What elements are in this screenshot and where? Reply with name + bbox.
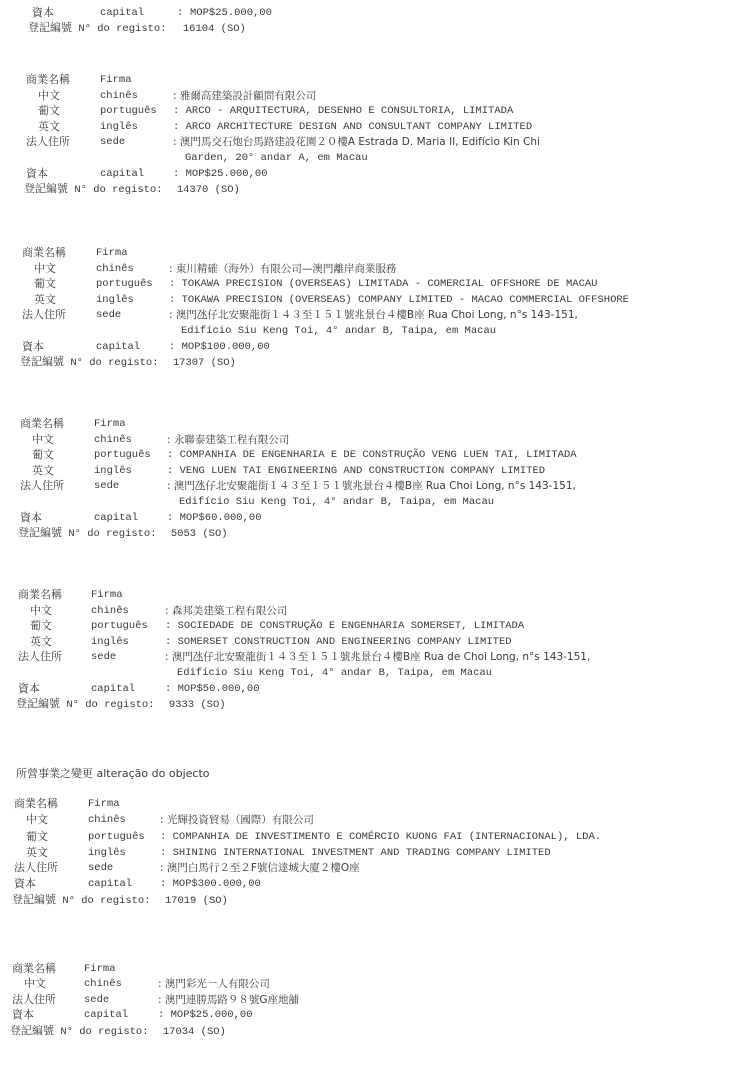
portugues-name-value: : TOKAWA PRECISION (OVERSEAS) LIMITADA -…: [169, 277, 597, 291]
portugues-label-pt: português: [94, 448, 151, 462]
portugues-name-value: : SOCIEDADE DE CONSTRUÇÃO E ENGENHARIA S…: [165, 619, 524, 633]
sede-value: : 澳門氹仔北安聚龍街１４３至１５１號兆景台４樓B座 Rua Choi Long…: [167, 479, 576, 493]
capital-label-pt: capital: [88, 877, 132, 891]
capital-label-zh: 資本: [18, 682, 40, 696]
sede-value: : 澳門氹仔北安聚龍街１４３至１５１號兆景台４樓B座 Rua de Choi L…: [165, 650, 590, 664]
chines-label-zh: 中文: [26, 813, 48, 827]
capital-label-pt: capital: [94, 511, 138, 525]
portugues-label-zh: 葡文: [38, 104, 60, 118]
registo-value: 17019 (SO): [165, 895, 228, 907]
registo-label-zh: 登記編號: [16, 697, 60, 710]
chines-name-value: : 森邦美建築工程有限公司: [165, 604, 287, 618]
capital-label-pt: capital: [96, 340, 140, 354]
firma-label-pt: Firma: [84, 962, 116, 976]
sede-label-pt: sede: [91, 650, 116, 664]
ingles-label-pt: inglês: [91, 635, 129, 649]
firma-label-zh: 商業名稱: [20, 417, 64, 431]
section-heading-text: 所營事業之變更 alteração do objecto: [16, 767, 210, 780]
capital-label-pt: capital: [100, 167, 144, 181]
firma-label-pt: Firma: [100, 73, 132, 87]
registo-row: 登記編號 N° do registo: 16104 (SO): [28, 21, 246, 36]
chines-name-value: : 光輝投資貿易（國際）有限公司: [160, 813, 314, 827]
chines-name-value: : 雅爾高建築設計顧問有限公司: [173, 89, 316, 103]
sede-label-zh: 法人住所: [12, 993, 56, 1007]
registo-value: 17034 (SO): [163, 1026, 226, 1038]
capital-value: : MOP$100.000,00: [169, 340, 270, 354]
portugues-label-zh: 葡文: [34, 277, 56, 291]
registo-label-pt: N° do registo:: [60, 1026, 148, 1038]
ingles-name-value: : TOKAWA PRECISION (OVERSEAS) COMPANY LI…: [169, 293, 629, 307]
ingles-label-pt: inglês: [88, 846, 126, 860]
registo-label-zh: 登記編號: [10, 1024, 54, 1037]
registo-row: 登記編號 N° do registo: 9333 (SO): [16, 697, 226, 712]
registo-value: 17307 (SO): [173, 357, 236, 369]
registo-label-pt: N° do registo:: [68, 528, 156, 540]
capital-label-zh: 資本: [26, 167, 48, 181]
chines-label-zh: 中文: [34, 262, 56, 276]
capital-value: : MOP$25.000,00: [173, 167, 268, 181]
registo-label-zh: 登記編號: [24, 182, 68, 195]
registo-value: 14370 (SO): [177, 184, 240, 196]
section-heading: 所營事業之變更 alteração do objecto: [16, 765, 210, 781]
capital-label-zh: 資本: [14, 877, 36, 891]
sede-value: : 澳門馬交石炮台馬路建設花園２０樓A Estrada D. Maria II,…: [173, 135, 540, 149]
ingles-label-zh: 英文: [32, 464, 54, 478]
chines-label-zh: 中文: [24, 977, 46, 991]
registo-label-pt: N° do registo:: [62, 895, 150, 907]
capital-value: : MOP$25.000,00: [158, 1008, 253, 1022]
capital-value: : MOP$60.000,00: [167, 511, 262, 525]
capital-value: : MOP$300.000,00: [160, 877, 261, 891]
ingles-name-value: : ARCO ARCHITECTURE DESIGN AND CONSULTAN…: [173, 120, 532, 134]
ingles-label-pt: inglês: [100, 120, 138, 134]
firma-label-zh: 商業名稱: [12, 962, 56, 976]
sede-label-pt: sede: [88, 861, 113, 875]
ingles-label-pt: inglês: [94, 464, 132, 478]
capital-label-zh: 資本: [20, 511, 42, 525]
registo-row: 登記編號 N° do registo: 14370 (SO): [24, 182, 240, 197]
firma-label-zh: 商業名稱: [22, 246, 66, 260]
capital-value: : MOP$50.000,00: [165, 682, 260, 696]
capital-value: MOP$25.000,00: [190, 6, 272, 20]
registo-row: 登記編號 N° do registo: 5053 (SO): [18, 526, 228, 541]
capital-label-zh: 資本: [12, 1008, 34, 1022]
capital-label-zh: 資本: [22, 340, 44, 354]
registo-value: 16104 (SO): [183, 23, 246, 35]
firma-label-zh: 商業名稱: [14, 797, 58, 811]
chines-label-pt: chinês: [94, 433, 132, 447]
capital-label-pt: capital: [84, 1008, 128, 1022]
chines-label-pt: chinês: [88, 813, 126, 827]
sede-label-zh: 法人住所: [26, 135, 70, 149]
registo-label-zh: 登記編號: [28, 21, 72, 34]
registo-row: 登記編號 N° do registo: 17307 (SO): [20, 355, 236, 370]
ingles-label-pt: inglês: [96, 293, 134, 307]
registo-label-pt: N° do registo:: [66, 699, 154, 711]
chines-label-zh: 中文: [32, 433, 54, 447]
registo-label-zh: 登記編號: [12, 893, 56, 906]
portugues-label-pt: português: [100, 104, 157, 118]
registo-label-zh: 登記編號: [20, 355, 64, 368]
ingles-label-zh: 英文: [26, 846, 48, 860]
registo-row: 登記編號 N° do registo: 17034 (SO): [10, 1024, 226, 1039]
chines-label-pt: chinês: [100, 89, 138, 103]
registo-row: 登記編號 N° do registo: 17019 (SO): [12, 893, 228, 908]
firma-label-pt: Firma: [94, 417, 126, 431]
registo-value: 5053 (SO): [171, 528, 228, 540]
colon: :: [177, 6, 183, 20]
sede-value: : 澳門氹仔北安聚龍街１４３至１５１號兆景台４樓B座 Rua Choi Long…: [169, 308, 578, 322]
sede-value: : 澳門白馬行２至２F號信達城大廈２樓O座: [160, 861, 360, 875]
firma-label-pt: Firma: [96, 246, 128, 260]
chines-label-zh: 中文: [38, 89, 60, 103]
sede-value-continued: Garden, 20° andar A, em Macau: [173, 151, 368, 165]
firma-label-pt: Firma: [91, 588, 123, 602]
sede-label-zh: 法人住所: [14, 861, 58, 875]
portugues-label-pt: português: [88, 830, 145, 844]
registo-label-pt: N° do registo:: [74, 184, 162, 196]
registo-label-zh: 登記編號: [18, 526, 62, 539]
ingles-name-value: : SOMERSET CONSTRUCTION AND ENGINEERING …: [165, 635, 512, 649]
capital-label-zh: 資本: [32, 6, 54, 19]
portugues-label-zh: 葡文: [30, 619, 52, 633]
chines-name-value: : 澳門彩光一人有限公司: [158, 977, 270, 991]
chines-label-pt: chinês: [84, 977, 122, 991]
chines-name-value: : 東川精確（海外）有限公司—澳門離岸商業服務: [169, 262, 396, 276]
portugues-name-value: : COMPANHIA DE INVESTIMENTO E COMÉRCIO K…: [160, 830, 601, 844]
ingles-label-zh: 英文: [34, 293, 56, 307]
registo-label-pt: N° do registo:: [78, 23, 166, 35]
registo-label-pt: N° do registo:: [70, 357, 158, 369]
ingles-name-value: : SHINING INTERNATIONAL INVESTMENT AND T…: [160, 846, 551, 860]
sede-label-zh: 法人住所: [20, 479, 64, 493]
capital-label-pt: capital: [100, 6, 144, 20]
portugues-label-zh: 葡文: [26, 830, 48, 844]
sede-label-zh: 法人住所: [22, 308, 66, 322]
firma-label-zh: 商業名稱: [18, 588, 62, 602]
portugues-label-pt: português: [96, 277, 153, 291]
portugues-name-value: : COMPANHIA DE ENGENHARIA E DE CONSTRUÇÃ…: [167, 448, 577, 462]
sede-label-pt: sede: [96, 308, 121, 322]
ingles-label-zh: 英文: [38, 120, 60, 134]
registo-value: 9333 (SO): [169, 699, 226, 711]
ingles-name-value: : VENG LUEN TAI ENGINEERING AND CONSTRUC…: [167, 464, 545, 478]
sede-label-pt: sede: [100, 135, 125, 149]
portugues-label-zh: 葡文: [32, 448, 54, 462]
sede-value: : 澳門連勝馬路９８號G座地舖: [158, 993, 299, 1007]
sede-label-zh: 法人住所: [18, 650, 62, 664]
sede-value-continued: Edifício Siu Keng Toi, 4° andar B, Taipa…: [169, 324, 496, 338]
capital-label-pt: capital: [91, 682, 135, 696]
sede-value-continued: Edifício Siu Keng Toi, 4° andar B, Taipa…: [167, 495, 494, 509]
firma-label-pt: Firma: [88, 797, 120, 811]
sede-label-pt: sede: [94, 479, 119, 493]
chines-label-pt: chinês: [96, 262, 134, 276]
chines-label-zh: 中文: [30, 604, 52, 618]
chines-name-value: : 永聯泰建築工程有限公司: [167, 433, 289, 447]
ingles-label-zh: 英文: [30, 635, 52, 649]
chines-label-pt: chinês: [91, 604, 129, 618]
sede-label-pt: sede: [84, 993, 109, 1007]
capital-row: 資本 capital : MOP$25.000,00: [32, 6, 54, 21]
firma-label-zh: 商業名稱: [26, 73, 70, 87]
sede-value-continued: Edifício Siu Keng Toi, 4° andar B, Taipa…: [165, 666, 492, 680]
portugues-label-pt: português: [91, 619, 148, 633]
portugues-name-value: : ARCO - ARQUITECTURA, DESENHO E CONSULT…: [173, 104, 513, 118]
